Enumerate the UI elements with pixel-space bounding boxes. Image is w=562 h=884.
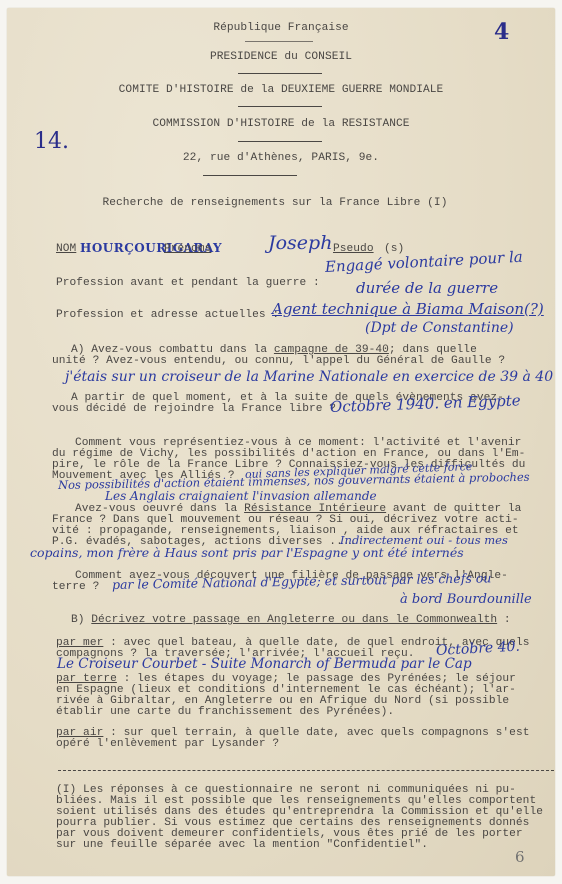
section-b-heading: Décrivez votre passage en Angleterre ou …: [91, 614, 497, 626]
section-b-prefix: B): [71, 614, 91, 626]
footnote-separator: [58, 770, 554, 771]
prenoms-label: Prénoms: [164, 243, 211, 256]
header-presidency: PRESIDENCE du CONSEIL: [0, 51, 562, 64]
a3-answer-3: Les Anglais craignaient l'invasion allem…: [105, 489, 377, 503]
header-commission: COMMISSION D'HISTOIRE de la RESISTANCE: [0, 118, 562, 131]
page-number-top: 4: [494, 25, 509, 39]
section-b-suffix: :: [497, 614, 511, 626]
par-terre-line4: établir une carte du franchissement des …: [56, 706, 394, 719]
header-divider: [203, 175, 297, 176]
profession-before-value-2: durée de la guerre: [356, 281, 498, 295]
header-committee: COMITE D'HISTOIRE de la DEUXIEME GUERRE …: [0, 84, 562, 97]
a4-answer-2: copains, mon frère à Haus sont pris par …: [30, 546, 464, 560]
header-divider: [238, 73, 322, 74]
q2-line2: vous décidé de rejoindre la France libre…: [52, 403, 336, 416]
a1-answer: j'étais sur un croiseur de la Marine Nat…: [65, 370, 553, 384]
pseudo-label: Pseudo: [333, 243, 374, 256]
profession-before-label: Profession avant et pendant la guerre :: [56, 277, 320, 290]
nom-label: NOM: [56, 243, 76, 256]
profession-current-value-1: Agent technique à Biama Maison(?): [272, 302, 544, 316]
header-divider: [238, 141, 322, 142]
profession-current-value-2: (Dpt de Constantine): [365, 321, 514, 335]
q1-line2: unité ? Avez-vous entendu, ou connu, l'a…: [52, 355, 505, 368]
par-air-line2: opéré l'enlèvement par Lysander ?: [56, 738, 279, 751]
profession-current-label: Profession et adresse actuelles :: [56, 309, 279, 322]
page-number-bottom: 6: [515, 850, 525, 864]
header-divider: [238, 106, 322, 107]
prenoms-value: Joseph: [268, 236, 332, 250]
par-mer-answer: Le Croiseur Courbet - Suite Monarch of B…: [57, 657, 472, 671]
q5-line2: terre ?: [52, 581, 99, 594]
footnote-line6: sur une feuille séparée avec la mention …: [56, 839, 428, 852]
form-title: Recherche de renseignements sur la Franc…: [0, 197, 556, 210]
folio-left: 14.: [34, 135, 69, 149]
header-republic: République Française: [0, 22, 562, 35]
a5-answer-2: à bord Bourdounille: [400, 593, 532, 607]
header-address: 22, rue d'Athènes, PARIS, 9e.: [0, 152, 562, 165]
header-divider: [245, 41, 313, 42]
